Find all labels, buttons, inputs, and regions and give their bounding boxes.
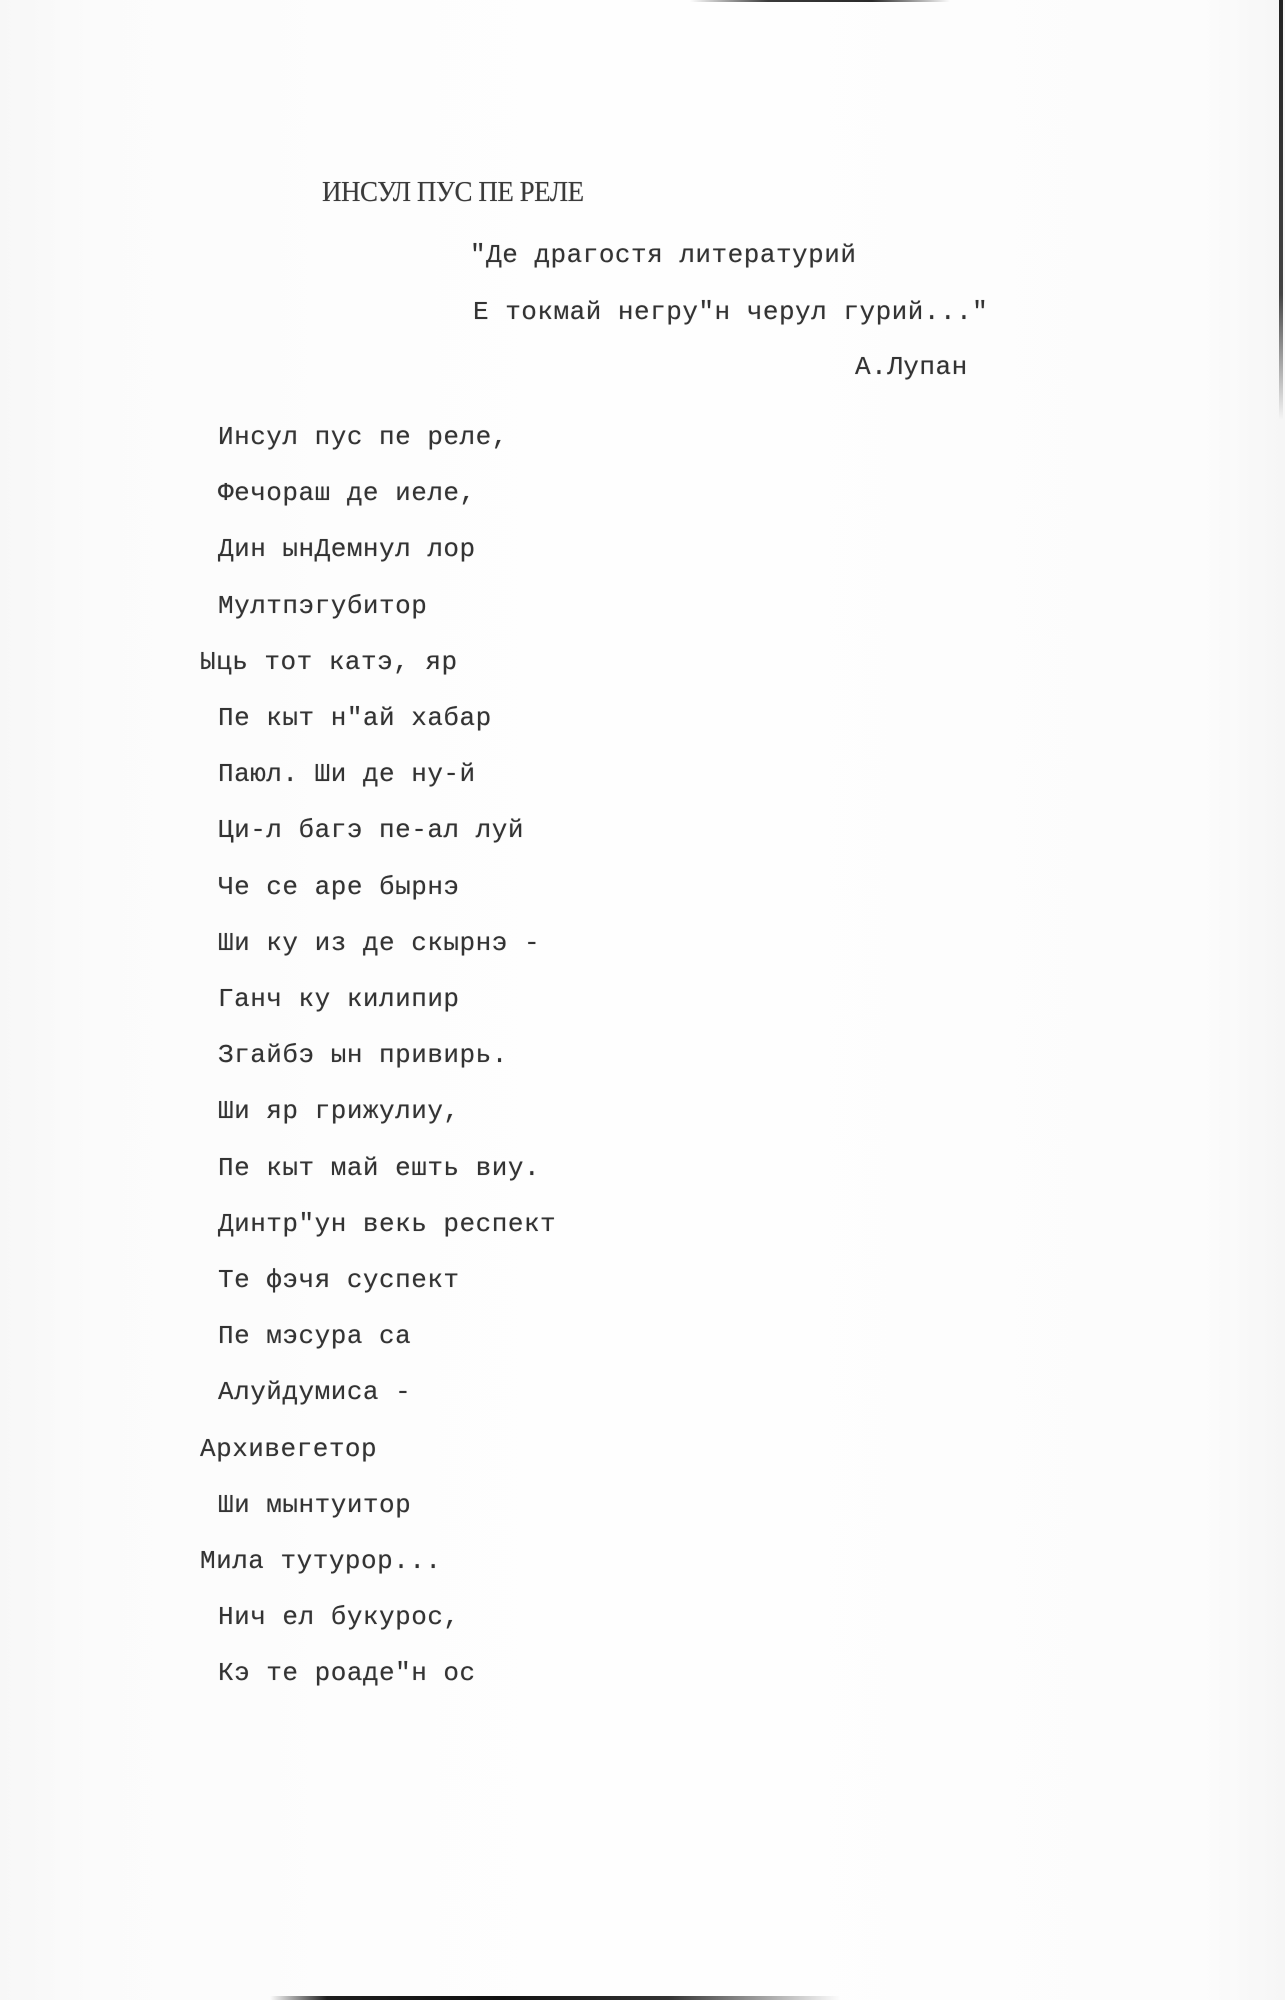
poem-line: Дин ынДемнул лор (218, 534, 476, 564)
poem-line: Пе кыт н"ай хабар (218, 703, 492, 733)
poem-line: Згайбэ ын привирь. (218, 1040, 508, 1070)
poem-line: Архивегетор (200, 1434, 377, 1464)
scan-edge-right (1279, 0, 1283, 420)
poem-line: Нич ел букурос, (218, 1602, 460, 1632)
typewritten-page: ИНСУЛ ПУС ПЕ РЕЛЕ "Де драгостя литератур… (0, 0, 1285, 2000)
poem-line: Ши яр грижулиу, (218, 1096, 460, 1126)
poem-line: Те фэчя суспект (218, 1265, 460, 1295)
poem-line: Пе кыт май ешть виу. (218, 1153, 540, 1183)
poem-line: Кэ те роаде"н ос (218, 1658, 476, 1688)
epigraph-attribution: А.Лупан (855, 352, 968, 382)
poem-line: Паюл. Ши де ну-й (218, 759, 476, 789)
poem-line: Че се аре бырнэ (218, 872, 460, 902)
poem-title: ИНСУЛ ПУС ПЕ РЕЛЕ (322, 176, 584, 209)
poem-line: Ши ку из де скырнэ - (218, 928, 540, 958)
poem-line: Фечораш де иеле, (218, 478, 476, 508)
epigraph-line-2: Е токмай негру"н черул гурий..." (473, 297, 988, 327)
poem-line: Ганч ку килипир (218, 984, 460, 1014)
epigraph-line-1: "Де драгостя литературий (470, 240, 856, 270)
scan-edge-bottom (270, 1996, 840, 2000)
poem-line: Ыць тот катэ, яр (200, 647, 458, 677)
poem-line: Мила тутурор... (200, 1546, 442, 1576)
poem-line: Пе мэсура са (218, 1321, 411, 1351)
poem-line: Алуйдумиса - (218, 1377, 411, 1407)
poem-line: Динтр"ун векь респект (218, 1209, 556, 1239)
poem-line: Ши мынтуитор (218, 1490, 411, 1520)
poem-line: Инсул пус пе реле, (218, 422, 508, 452)
poem-line: Мултпэгубитор (218, 591, 427, 621)
poem-line: Ци-л багэ пе-ал луй (218, 815, 524, 845)
scan-edge-top (690, 0, 950, 2)
